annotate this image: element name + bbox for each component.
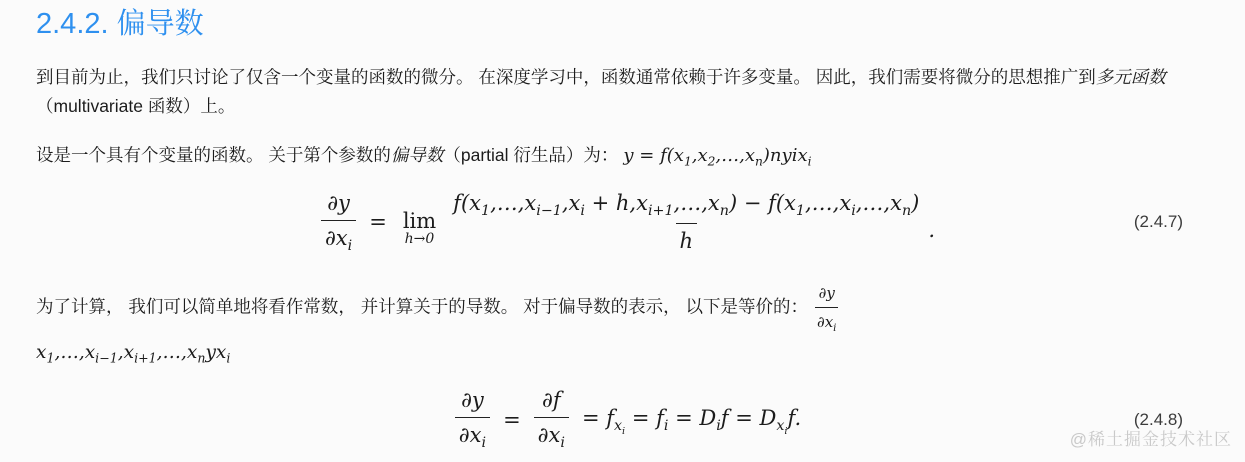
denominator: ∂xi: [455, 417, 490, 450]
paragraph-computation: 为了计算， 我们可以简单地将看作常数， 并计算关于的导数。 对于偏导数的表示， …: [36, 281, 1215, 368]
inline-math-variable-list: x1,…,xi−1,xi+1,…,xnyxi: [36, 338, 1215, 368]
paragraph-text: 设是一个具有个变量的函数。 关于第个参数的: [36, 145, 391, 165]
paragraph-text: （multivariate 函数）上。: [36, 96, 235, 116]
fraction-dy-dxi: ∂y ∂xi: [321, 191, 356, 253]
fraction-df-dxi: ∂f ∂xi: [534, 388, 569, 450]
equals-sign: =: [503, 408, 521, 432]
equation-alternatives: = fxi = fi = Dif = Dxif.: [582, 406, 801, 437]
denominator: h: [676, 223, 698, 253]
numerator: ∂y: [817, 281, 837, 307]
denominator: ∂xi: [321, 220, 356, 253]
watermark: @稀土掘金技术社区: [1070, 425, 1232, 450]
paragraph-intro: 到目前为止，我们只讨论了仅含一个变量的函数的微分。 在深度学习中，函数通常依赖于…: [36, 63, 1215, 120]
emphasis-partial-derivative: 偏导数: [391, 145, 444, 165]
limit-subscript: h→0: [405, 231, 435, 247]
equals-sign: =: [369, 210, 387, 234]
section-heading: 2.4.2. 偏导数: [36, 6, 1215, 42]
denominator: ∂xi: [815, 307, 838, 334]
equation-number: (2.4.7): [1134, 212, 1183, 232]
paragraph-text: 到目前为止，我们只讨论了仅含一个变量的函数的微分。 在深度学习中，函数通常依赖于…: [36, 67, 1096, 87]
paragraph-text: （partial 衍生品）为：: [443, 145, 618, 165]
paragraph-text: 为了计算， 我们可以简单地将看作常数， 并计算关于的导数。 对于偏导数的表示， …: [36, 297, 808, 317]
numerator: ∂f: [538, 388, 565, 417]
display-equation-2-4-8: ∂y ∂xi = ∂f ∂xi = fxi = fi = Dif = Dxif.…: [36, 382, 1215, 458]
emphasis-multivariate-function: 多元函数: [1096, 67, 1166, 87]
fraction-difference-quotient: f(x1,…,xi−1,xi + h,xi+1,…,xn) − f(x1,…,x…: [449, 191, 923, 253]
display-equation-2-4-7: ∂y ∂xi = lim h→0 f(x1,…,xi−1,xi + h,xi+1…: [36, 184, 1215, 260]
inline-math-function-definition: y = f(x1,x2,…,xn)nyixi: [623, 145, 811, 166]
numerator: ∂y: [323, 191, 354, 220]
numerator: ∂y: [457, 388, 488, 417]
paragraph-definition: 设是一个具有个变量的函数。 关于第个参数的偏导数（partial 衍生品）为：y…: [36, 141, 1215, 170]
article-page: 2.4.2. 偏导数 到目前为止，我们只讨论了仅含一个变量的函数的微分。 在深度…: [0, 0, 1245, 462]
denominator: ∂xi: [534, 417, 569, 450]
numerator: f(x1,…,xi−1,xi + h,xi+1,…,xn) − f(x1,…,x…: [449, 191, 923, 223]
limit-operator: lim h→0: [403, 209, 436, 247]
inline-fraction-dy-dxi: ∂y∂xi: [815, 281, 838, 335]
fraction-dy-dxi: ∂y ∂xi: [455, 388, 490, 450]
limit-label: lim: [403, 209, 436, 233]
equation-period: .: [928, 218, 935, 242]
